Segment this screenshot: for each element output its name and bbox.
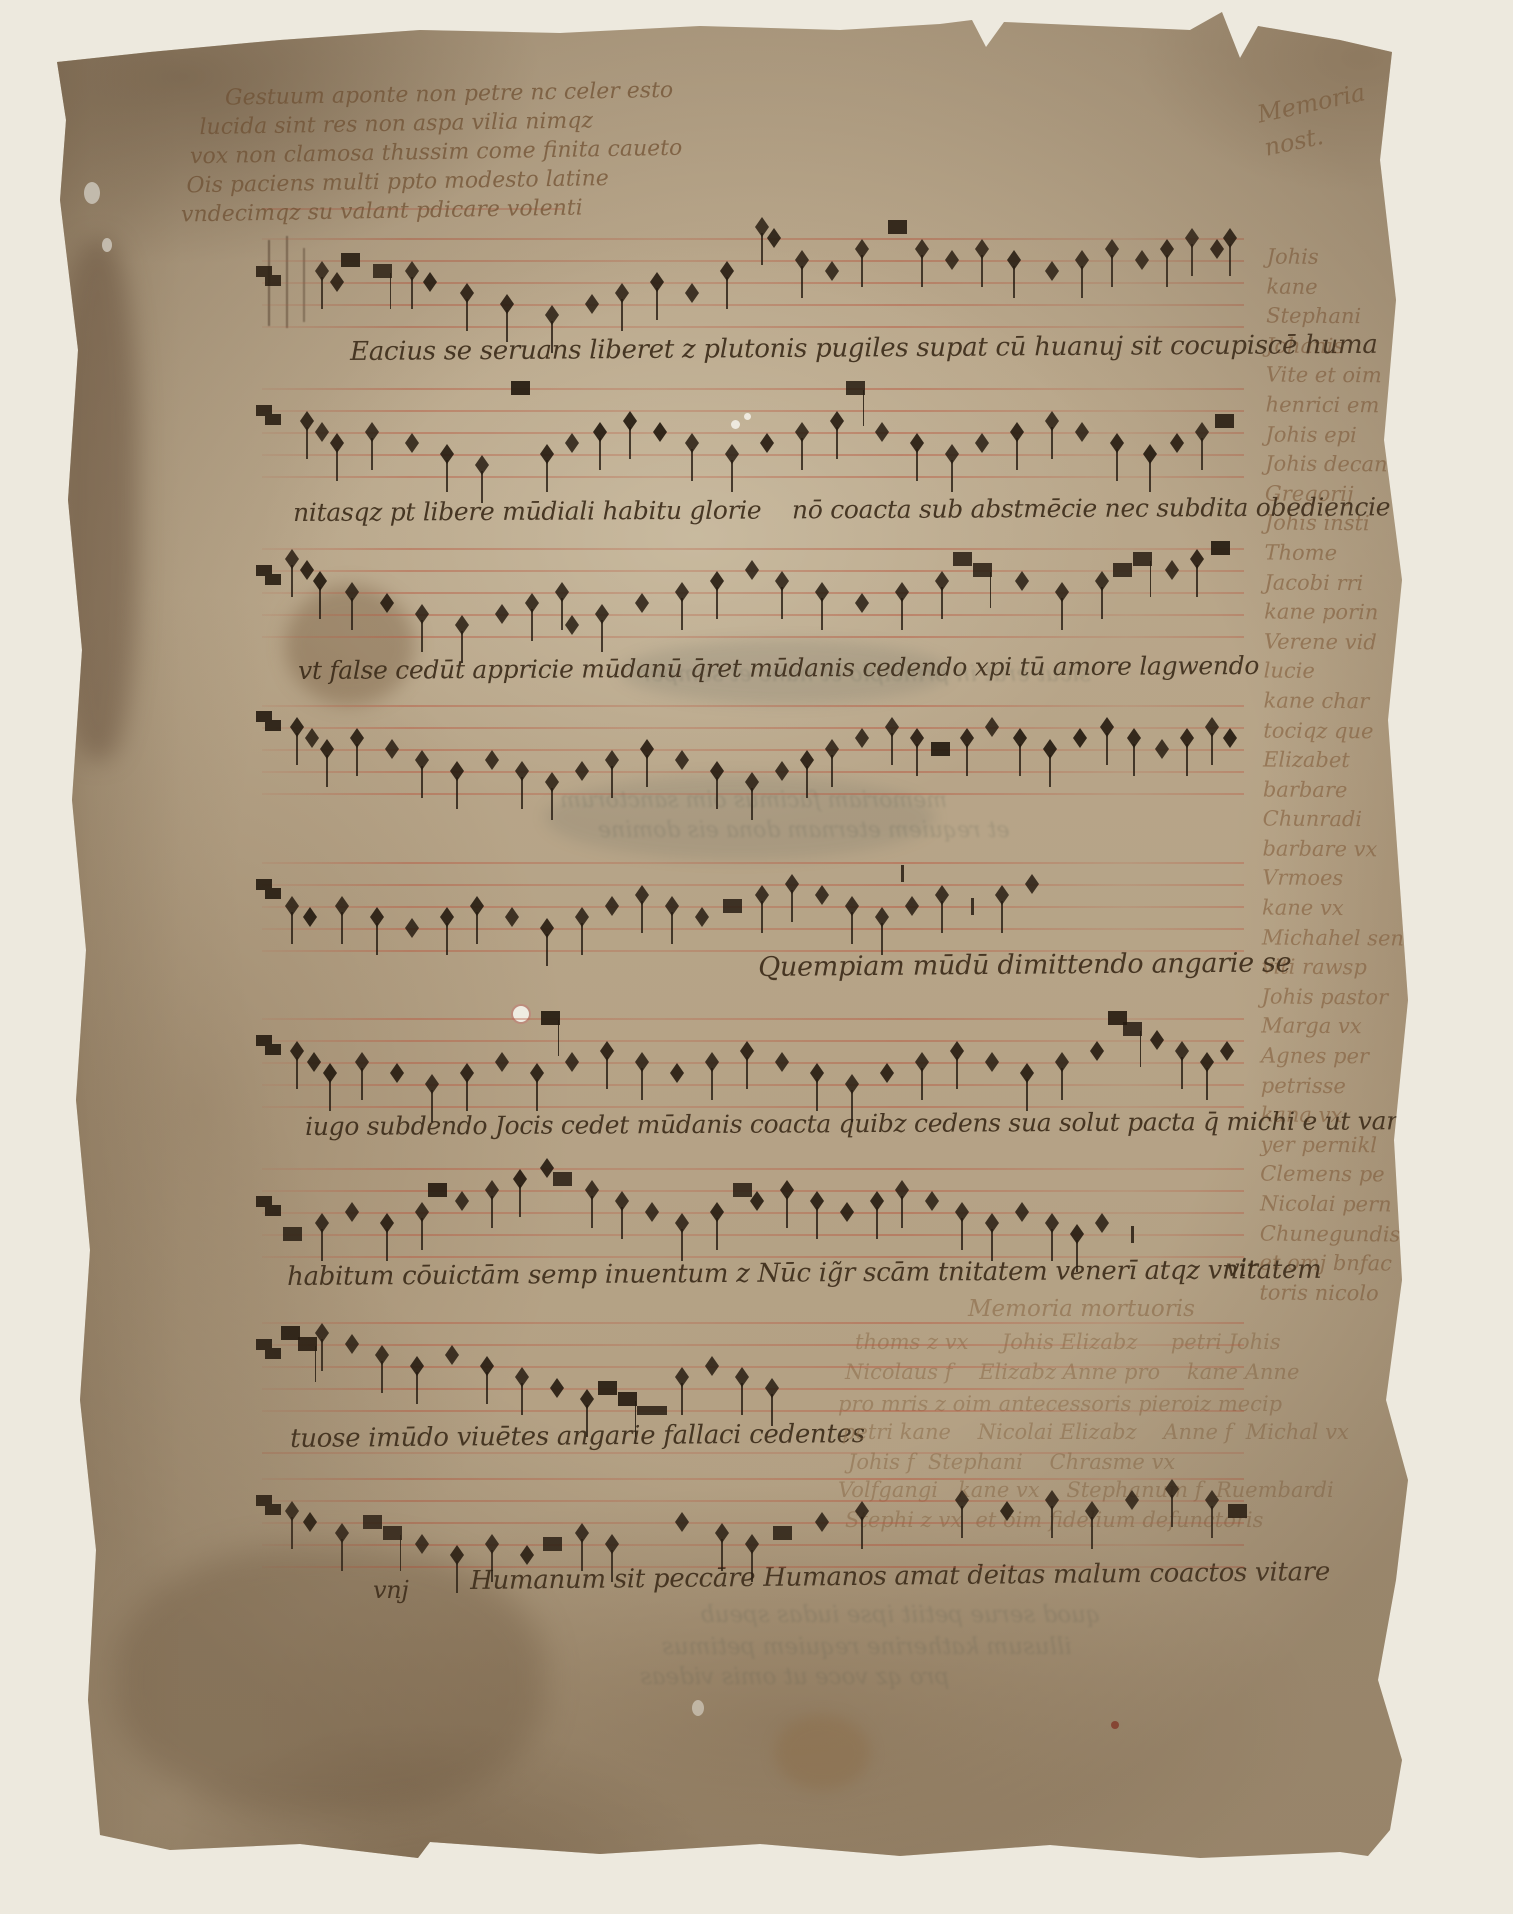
notehead-diamond (925, 1191, 939, 1211)
music-note-dd (955, 1202, 969, 1222)
notehead-diamond (350, 728, 364, 748)
note-stem (966, 744, 968, 776)
hole (102, 238, 112, 252)
notehead-diamond (825, 261, 839, 281)
note-stem (1051, 1229, 1053, 1261)
music-note-d (505, 907, 519, 927)
note-stem (1061, 598, 1063, 630)
notehead-diamond (335, 896, 349, 916)
bleedthrough-text: memoriam facimus oim sanctorum (560, 788, 947, 813)
staff-line (262, 1256, 1244, 1258)
note-stem (741, 1383, 743, 1415)
music-note-dd (460, 1063, 474, 1083)
music-note-dd (440, 907, 454, 927)
music-note-dd (593, 422, 607, 442)
notehead-diamond (1070, 1224, 1084, 1244)
music-note-dd (605, 1534, 619, 1554)
music-note-dd (685, 433, 699, 453)
notehead-diamond (845, 1074, 859, 1094)
notehead-diamond (830, 411, 844, 431)
notehead-diamond (565, 1052, 579, 1072)
notehead-square (1215, 414, 1234, 428)
notehead-diamond (565, 615, 579, 635)
notehead-diamond (1175, 1041, 1189, 1061)
music-note-dd (415, 750, 429, 770)
staff-line (262, 1344, 1244, 1346)
margin-name: petrisse (1261, 1071, 1403, 1102)
notehead-diamond (330, 272, 344, 292)
note-stem (486, 1372, 488, 1404)
notehead-diamond (955, 1490, 969, 1510)
note-stem (416, 1372, 418, 1404)
music-note-d (575, 761, 589, 781)
notehead-diamond (840, 1202, 854, 1222)
music-note-d (1045, 261, 1059, 281)
music-note-dd (815, 582, 829, 602)
music-staff (262, 548, 1244, 676)
note-stem (315, 1346, 317, 1382)
music-note-s (598, 1381, 617, 1395)
music-note-dd (285, 549, 299, 569)
music-note-d (303, 1512, 317, 1532)
notehead-diamond (470, 896, 484, 916)
notehead-diamond (1055, 1052, 1069, 1072)
note-stem (1140, 1031, 1142, 1067)
note-stem (1229, 244, 1231, 276)
note-stem (361, 1068, 363, 1100)
music-note-dd (915, 239, 929, 259)
music-note-dd (485, 1534, 499, 1554)
notehead-diamond (905, 896, 919, 916)
note-stem (1016, 438, 1018, 470)
note-stem (291, 565, 293, 597)
notehead-diamond (750, 1191, 764, 1211)
notehead-square (1123, 1022, 1142, 1036)
music-note-dd (365, 422, 379, 442)
music-note-dd (450, 1545, 464, 1565)
notehead-diamond (870, 1191, 884, 1211)
music-staff (262, 1322, 1244, 1450)
note-stem (1116, 449, 1118, 481)
music-note-d (345, 1334, 359, 1354)
notehead-diamond (423, 272, 437, 292)
note-stem (491, 1550, 493, 1582)
music-note-s (363, 1515, 382, 1529)
note-stem (376, 923, 378, 955)
music-note-d (875, 422, 889, 442)
music-note-d (945, 250, 959, 270)
marginal-poem: Gestuum aponte non petre nc celer estolu… (189, 76, 684, 230)
margin-name: Johis (1267, 243, 1409, 274)
music-note-d (775, 761, 789, 781)
staff-line (262, 1410, 1244, 1412)
notehead-diamond (985, 1213, 999, 1233)
music-note-dd (605, 750, 619, 770)
music-note-dd (1075, 250, 1089, 270)
note-stem (1133, 744, 1135, 776)
note-stem (786, 1196, 788, 1228)
staff-line (262, 260, 1244, 262)
margin-name: lucie (1264, 657, 1406, 688)
music-note-dd (675, 1213, 689, 1233)
music-note-c (256, 565, 272, 576)
music-note-d (815, 885, 829, 905)
music-note-dd (585, 1180, 599, 1200)
note-stem (921, 255, 923, 287)
music-note-s (723, 899, 742, 913)
music-note-dd (410, 1356, 424, 1376)
notehead-diamond (345, 1202, 359, 1222)
note-stem (466, 1079, 468, 1111)
music-note-d (445, 1345, 459, 1365)
music-staff (262, 388, 1244, 516)
rest-mark (971, 898, 974, 915)
note-stem (1166, 255, 1168, 287)
notehead-diamond (755, 217, 769, 237)
notehead-diamond (745, 772, 759, 792)
notehead-diamond (855, 1501, 869, 1521)
staff-line (262, 705, 1244, 707)
notehead-diamond (705, 1356, 719, 1376)
note-stem (466, 299, 468, 331)
note-stem (1206, 1068, 1208, 1100)
notehead-diamond (705, 1052, 719, 1072)
music-note-dd (1200, 1052, 1214, 1072)
notehead-diamond (585, 1180, 599, 1200)
notehead-diamond (635, 885, 649, 905)
notehead-diamond (985, 1052, 999, 1072)
red-rule (262, 1452, 1244, 1454)
notehead-diamond (300, 411, 314, 431)
music-note-c (256, 1196, 272, 1207)
staff-line (262, 1234, 1244, 1236)
notehead-diamond (285, 549, 299, 569)
notehead-diamond (575, 907, 589, 927)
notehead-diamond (315, 1323, 329, 1343)
music-note-dd (575, 1523, 589, 1543)
music-note-dd (1100, 717, 1114, 737)
music-note-dd (755, 217, 769, 237)
music-note-dd (710, 571, 724, 591)
staff-line (262, 548, 1244, 550)
notehead-diamond (485, 1180, 499, 1200)
notehead-diamond (955, 1202, 969, 1222)
note-stem (751, 788, 753, 820)
staff-line (262, 1322, 1244, 1324)
notehead-diamond (1205, 717, 1219, 737)
notehead-square (953, 552, 972, 566)
note-stem (881, 923, 883, 955)
notehead-diamond (1045, 1490, 1059, 1510)
music-note-dd (720, 261, 734, 281)
notehead-diamond (1045, 411, 1059, 431)
music-note-d (495, 1052, 509, 1072)
music-note-dd (955, 1490, 969, 1510)
margin-name: Elizabet (1263, 746, 1405, 777)
note-stem (990, 572, 992, 608)
staff-line (262, 238, 1244, 240)
staff-line (262, 1062, 1244, 1064)
note-stem (1001, 901, 1003, 933)
note-stem (1091, 1517, 1093, 1549)
music-note-r (901, 865, 904, 882)
note-stem (876, 1207, 878, 1239)
notehead-diamond (1015, 571, 1029, 591)
margin-name: Gregorij (1265, 479, 1407, 510)
notehead-diamond (405, 261, 419, 281)
ink-streak (286, 236, 288, 328)
music-note-dd (315, 261, 329, 281)
note-stem (951, 460, 953, 492)
music-note-dd (1085, 1501, 1099, 1521)
notehead-diamond (440, 444, 454, 464)
music-note-dd (995, 885, 1009, 905)
music-note-d (905, 896, 919, 916)
notehead-diamond (675, 1512, 689, 1532)
music-note-d (635, 593, 649, 613)
note-stem (1171, 1495, 1173, 1527)
note-stem (321, 1339, 323, 1371)
note-stem (901, 598, 903, 630)
notehead-diamond (725, 444, 739, 464)
note-stem (341, 912, 343, 944)
note-stem (546, 934, 548, 966)
music-note-dd (1110, 433, 1124, 453)
music-note-s (1215, 414, 1234, 428)
note-stem (956, 1057, 958, 1089)
music-note-d (1155, 739, 1169, 759)
music-note-d (645, 1202, 659, 1222)
note-stem (581, 923, 583, 955)
notehead-diamond (915, 1052, 929, 1072)
music-note-d (695, 907, 709, 927)
staff-line (262, 1190, 1244, 1192)
notehead-diamond (313, 571, 327, 591)
note-stem (400, 1535, 402, 1571)
notehead-square (1133, 552, 1152, 566)
note-stem (446, 460, 448, 492)
notehead-diamond (1200, 1052, 1214, 1072)
music-note-d (985, 717, 999, 737)
notehead-diamond (1085, 1501, 1099, 1521)
rest-mark (1131, 1226, 1134, 1243)
note-stem (941, 587, 943, 619)
notehead-diamond (515, 761, 529, 781)
music-note-d (925, 1191, 939, 1211)
music-note-c (256, 405, 272, 416)
memoria-note-line: nost. (1261, 109, 1375, 165)
music-note-dd (785, 874, 799, 894)
memoria-mortuorum-title: Memoria mortuoris (968, 1296, 1195, 1322)
staff-line (262, 1106, 1244, 1108)
notehead-diamond (290, 1041, 304, 1061)
stain (58, 240, 138, 760)
notehead-diamond (500, 294, 514, 314)
music-note-dd (323, 1063, 337, 1083)
notehead-diamond (1180, 728, 1194, 748)
notehead-diamond (985, 717, 999, 737)
parchment-leaf: Gestuum aponte non petre nc celer estolu… (0, 0, 1513, 1914)
staff-line (262, 1366, 1244, 1368)
lyric-line: Humanum sit peccāre Humanos amat deitas … (470, 1557, 1330, 1596)
notehead-diamond (855, 239, 869, 259)
music-note-d (330, 272, 344, 292)
notehead-diamond (307, 1052, 321, 1072)
music-note-d (675, 750, 689, 770)
memoria-note: Memorianost. (1254, 75, 1375, 164)
notehead-diamond (415, 604, 429, 624)
clef-mark (256, 266, 272, 277)
music-note-dd (425, 1074, 439, 1094)
note-stem (611, 1550, 613, 1582)
note-stem (291, 912, 293, 944)
note-stem (456, 777, 458, 809)
staff-line (262, 1500, 1244, 1502)
music-note-dd (480, 1356, 494, 1376)
music-note-c (256, 1339, 272, 1350)
music-note-d (685, 283, 699, 303)
note-stem (851, 912, 853, 944)
notehead-diamond (530, 1063, 544, 1083)
manuscript-scan: Gestuum aponte non petre nc celer estolu… (0, 0, 1513, 1914)
note-stem (981, 255, 983, 287)
margin-name: Johanis (1266, 331, 1408, 362)
music-note-dd (855, 1501, 869, 1521)
notehead-diamond (475, 455, 489, 475)
music-note-dd (595, 604, 609, 624)
note-stem (801, 266, 803, 298)
note-stem (635, 1401, 637, 1437)
notehead-diamond (623, 411, 637, 431)
notehead-diamond (1045, 261, 1059, 281)
notehead-diamond (665, 896, 679, 916)
note-stem (461, 631, 463, 663)
notehead-diamond (1165, 1479, 1179, 1499)
music-note-d (315, 422, 329, 442)
notehead-diamond (895, 1180, 909, 1200)
notehead-diamond (365, 422, 379, 442)
staff-line (262, 304, 1244, 306)
note-stem (581, 1539, 583, 1571)
note-stem (1196, 565, 1198, 597)
music-note-sl (973, 563, 992, 577)
note-stem (321, 277, 323, 309)
clef-mark (256, 1495, 272, 1506)
note-stem (326, 755, 328, 787)
breve-dash (637, 1406, 667, 1415)
clef-mark (256, 711, 272, 722)
music-note-d (380, 593, 394, 613)
notehead-diamond (1165, 560, 1179, 580)
notehead-diamond (1105, 239, 1119, 259)
margin-name: Johis insti (1265, 509, 1407, 540)
music-note-dd (450, 761, 464, 781)
notehead-square (1108, 1011, 1127, 1025)
music-note-dd (285, 896, 299, 916)
notehead-diamond (1075, 422, 1089, 442)
notehead-diamond (545, 305, 559, 325)
music-note-dd (485, 1180, 499, 1200)
music-note-dd (555, 582, 569, 602)
notehead-diamond (745, 560, 759, 580)
note-stem (961, 1218, 963, 1250)
note-stem (671, 912, 673, 944)
note-stem (319, 587, 321, 619)
margin-name: barbare vx (1262, 834, 1404, 865)
margin-name: Vrmoes (1262, 864, 1404, 895)
notehead-diamond (1095, 1213, 1109, 1233)
note-stem (656, 288, 658, 320)
music-note-dd (315, 1323, 329, 1343)
music-note-d (840, 1202, 854, 1222)
note-stem (336, 449, 338, 481)
notehead-diamond (910, 433, 924, 453)
notehead-diamond (915, 239, 929, 259)
notehead-diamond (455, 1191, 469, 1211)
music-note-d (405, 433, 419, 453)
music-staff (262, 238, 1244, 366)
notehead-diamond (1020, 1063, 1034, 1083)
notehead-diamond (480, 1356, 494, 1376)
music-note-dd (1007, 250, 1021, 270)
music-note-dd (545, 305, 559, 325)
music-staff (262, 1168, 1244, 1296)
music-note-d (775, 1052, 789, 1072)
notehead-diamond (505, 907, 519, 927)
stain (285, 585, 415, 705)
music-note-dd (415, 1202, 429, 1222)
music-note-d (1165, 560, 1179, 580)
music-staff (262, 862, 1244, 990)
music-note-d (605, 896, 619, 916)
music-note-d (675, 1512, 689, 1532)
note-stem (1019, 744, 1021, 776)
notehead-diamond (440, 907, 454, 927)
notehead-diamond (405, 918, 419, 938)
lyric-line: Quempiam mūdū dimittendo angarie se (758, 947, 1291, 983)
notehead-diamond (1143, 444, 1157, 464)
music-note-dd (1045, 411, 1059, 431)
note-stem (646, 755, 648, 787)
music-staff (262, 705, 1244, 833)
music-note-d (815, 1512, 829, 1532)
music-note-dd (545, 772, 559, 792)
note-stem (551, 321, 553, 353)
note-stem (731, 460, 733, 492)
notehead-diamond (780, 1180, 794, 1200)
notehead-diamond (1150, 1030, 1164, 1050)
music-note-d (1015, 1202, 1029, 1222)
lyric-line: Eacius se seruans liberet z plutonis pug… (350, 330, 1378, 367)
music-note-dd (530, 1063, 544, 1083)
note-stem (351, 598, 353, 630)
note-stem (321, 1229, 323, 1261)
music-note-dd (650, 272, 664, 292)
staff-line (262, 326, 1244, 328)
notehead-diamond (875, 907, 889, 927)
music-note-d (1095, 1213, 1109, 1233)
staff-line (262, 1478, 1244, 1480)
staff-line (262, 771, 1244, 773)
music-note-dd (290, 717, 304, 737)
note-stem (296, 733, 298, 765)
music-note-dd (775, 571, 789, 591)
notehead-diamond (945, 250, 959, 270)
margin-name: Nicolai pern (1260, 1189, 1402, 1220)
music-note-dd (315, 1213, 329, 1233)
music-note-s (733, 1183, 752, 1197)
margin-name: tociqz que (1263, 716, 1405, 747)
